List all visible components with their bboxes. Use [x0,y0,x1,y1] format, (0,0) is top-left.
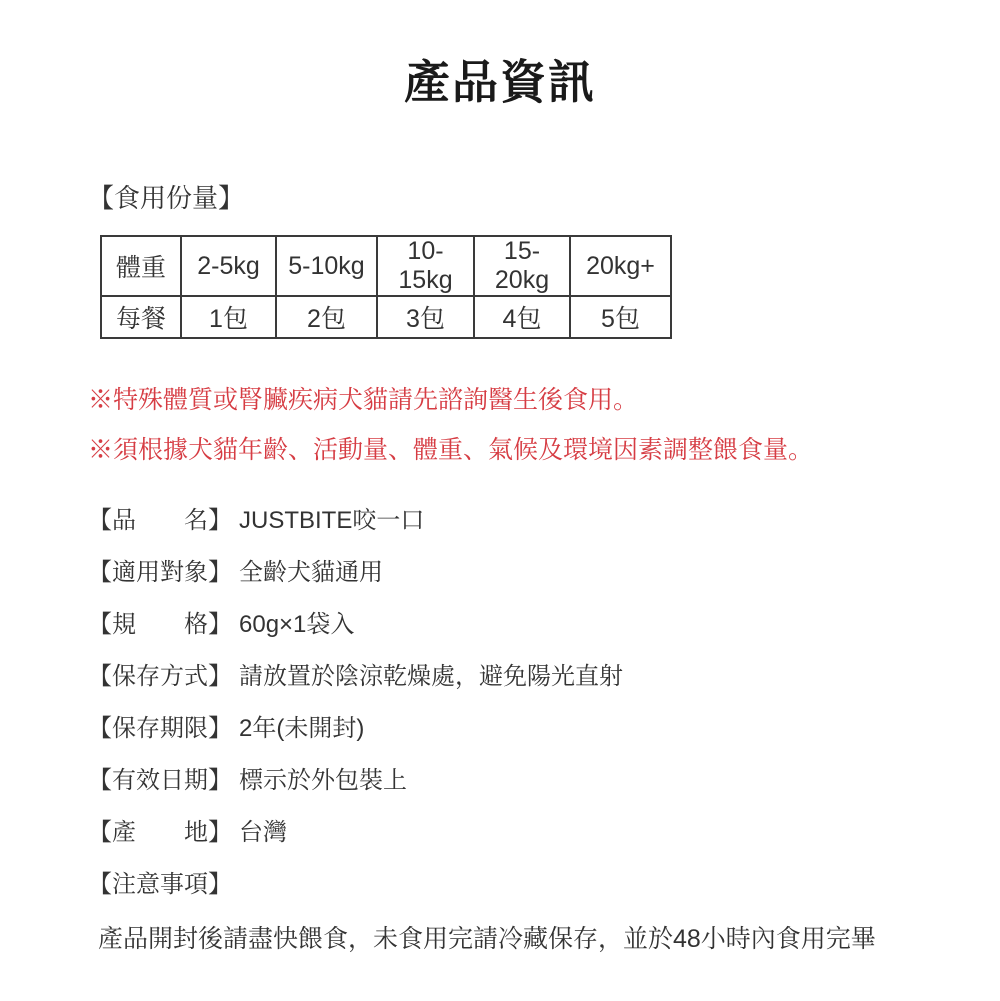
detail-value: 標示於外包裝上 [239,760,407,795]
warning-notes: ※特殊體質或腎臟疾病犬貓請先諮詢醫生後食用。 ※須根據犬貓年齡、活動量、體重、氣… [88,385,944,465]
notice-text: 產品開封後請盡快餵食，未食用完請冷藏保存，並於48小時內食用完畢 [98,919,944,955]
content-area: 【食用份量】 體重 2-5kg 5-10kg 10-15kg 15-20kg 2… [0,178,1000,955]
detail-label: 【產 地】 [88,812,232,847]
table-cell: 10-15kg [377,236,474,296]
detail-row-product-name: 【品 名】 JUSTBITE咬一口 [88,491,944,543]
detail-label: 【適用對象】 [88,552,232,587]
table-cell-per-meal-header: 每餐 [101,296,181,338]
table-cell: 3包 [377,296,474,338]
table-row-per-meal: 每餐 1包 2包 3包 4包 5包 [101,296,671,338]
detail-value: 台灣 [239,812,287,847]
table-row-weight: 體重 2-5kg 5-10kg 10-15kg 15-20kg 20kg+ [101,236,671,296]
detail-value: 2年(未開封) [239,708,364,743]
detail-value: 全齡犬貓通用 [239,552,383,587]
detail-label: 【保存方式】 [88,656,232,691]
detail-label: 【注意事項】 [88,864,232,899]
product-details-list: 【品 名】 JUSTBITE咬一口 【適用對象】 全齡犬貓通用 【規 格】 60… [88,491,944,907]
detail-row-notice-heading: 【注意事項】 [88,855,944,907]
warning-note-consult-vet: ※特殊體質或腎臟疾病犬貓請先諮詢醫生後食用。 [88,385,944,415]
detail-value: 請放置於陰涼乾燥處，避免陽光直射 [239,656,623,691]
table-cell: 15-20kg [474,236,570,296]
detail-row-expiry-date: 【有效日期】 標示於外包裝上 [88,751,944,803]
detail-row-shelf-life: 【保存期限】 2年(未開封) [88,699,944,751]
table-cell: 1包 [181,296,276,338]
detail-row-storage-method: 【保存方式】 請放置於陰涼乾燥處，避免陽光直射 [88,647,944,699]
detail-label: 【有效日期】 [88,760,232,795]
warning-note-adjust-portion: ※須根據犬貓年齡、活動量、體重、氣候及環境因素調整餵食量。 [88,435,944,465]
detail-row-origin: 【產 地】 台灣 [88,803,944,855]
table-cell: 20kg+ [570,236,671,296]
table-cell: 2包 [276,296,377,338]
serving-section-heading: 【食用份量】 [88,178,944,215]
table-cell: 2-5kg [181,236,276,296]
table-cell-weight-header: 體重 [101,236,181,296]
serving-size-table: 體重 2-5kg 5-10kg 10-15kg 15-20kg 20kg+ 每餐… [100,235,672,339]
detail-value: 60g×1袋入 [239,604,354,639]
detail-label: 【規 格】 [88,604,232,639]
detail-row-target-animals: 【適用對象】 全齡犬貓通用 [88,543,944,595]
detail-label: 【品 名】 [88,500,232,535]
table-cell: 4包 [474,296,570,338]
table-cell: 5-10kg [276,236,377,296]
detail-value: JUSTBITE咬一口 [239,500,424,535]
detail-row-specification: 【規 格】 60g×1袋入 [88,595,944,647]
detail-label: 【保存期限】 [88,708,232,743]
table-cell: 5包 [570,296,671,338]
page-title: 產品資訊 [0,0,1000,112]
product-info-sheet: 產品資訊 【食用份量】 體重 2-5kg 5-10kg 10-15kg 15-2… [0,0,1000,955]
